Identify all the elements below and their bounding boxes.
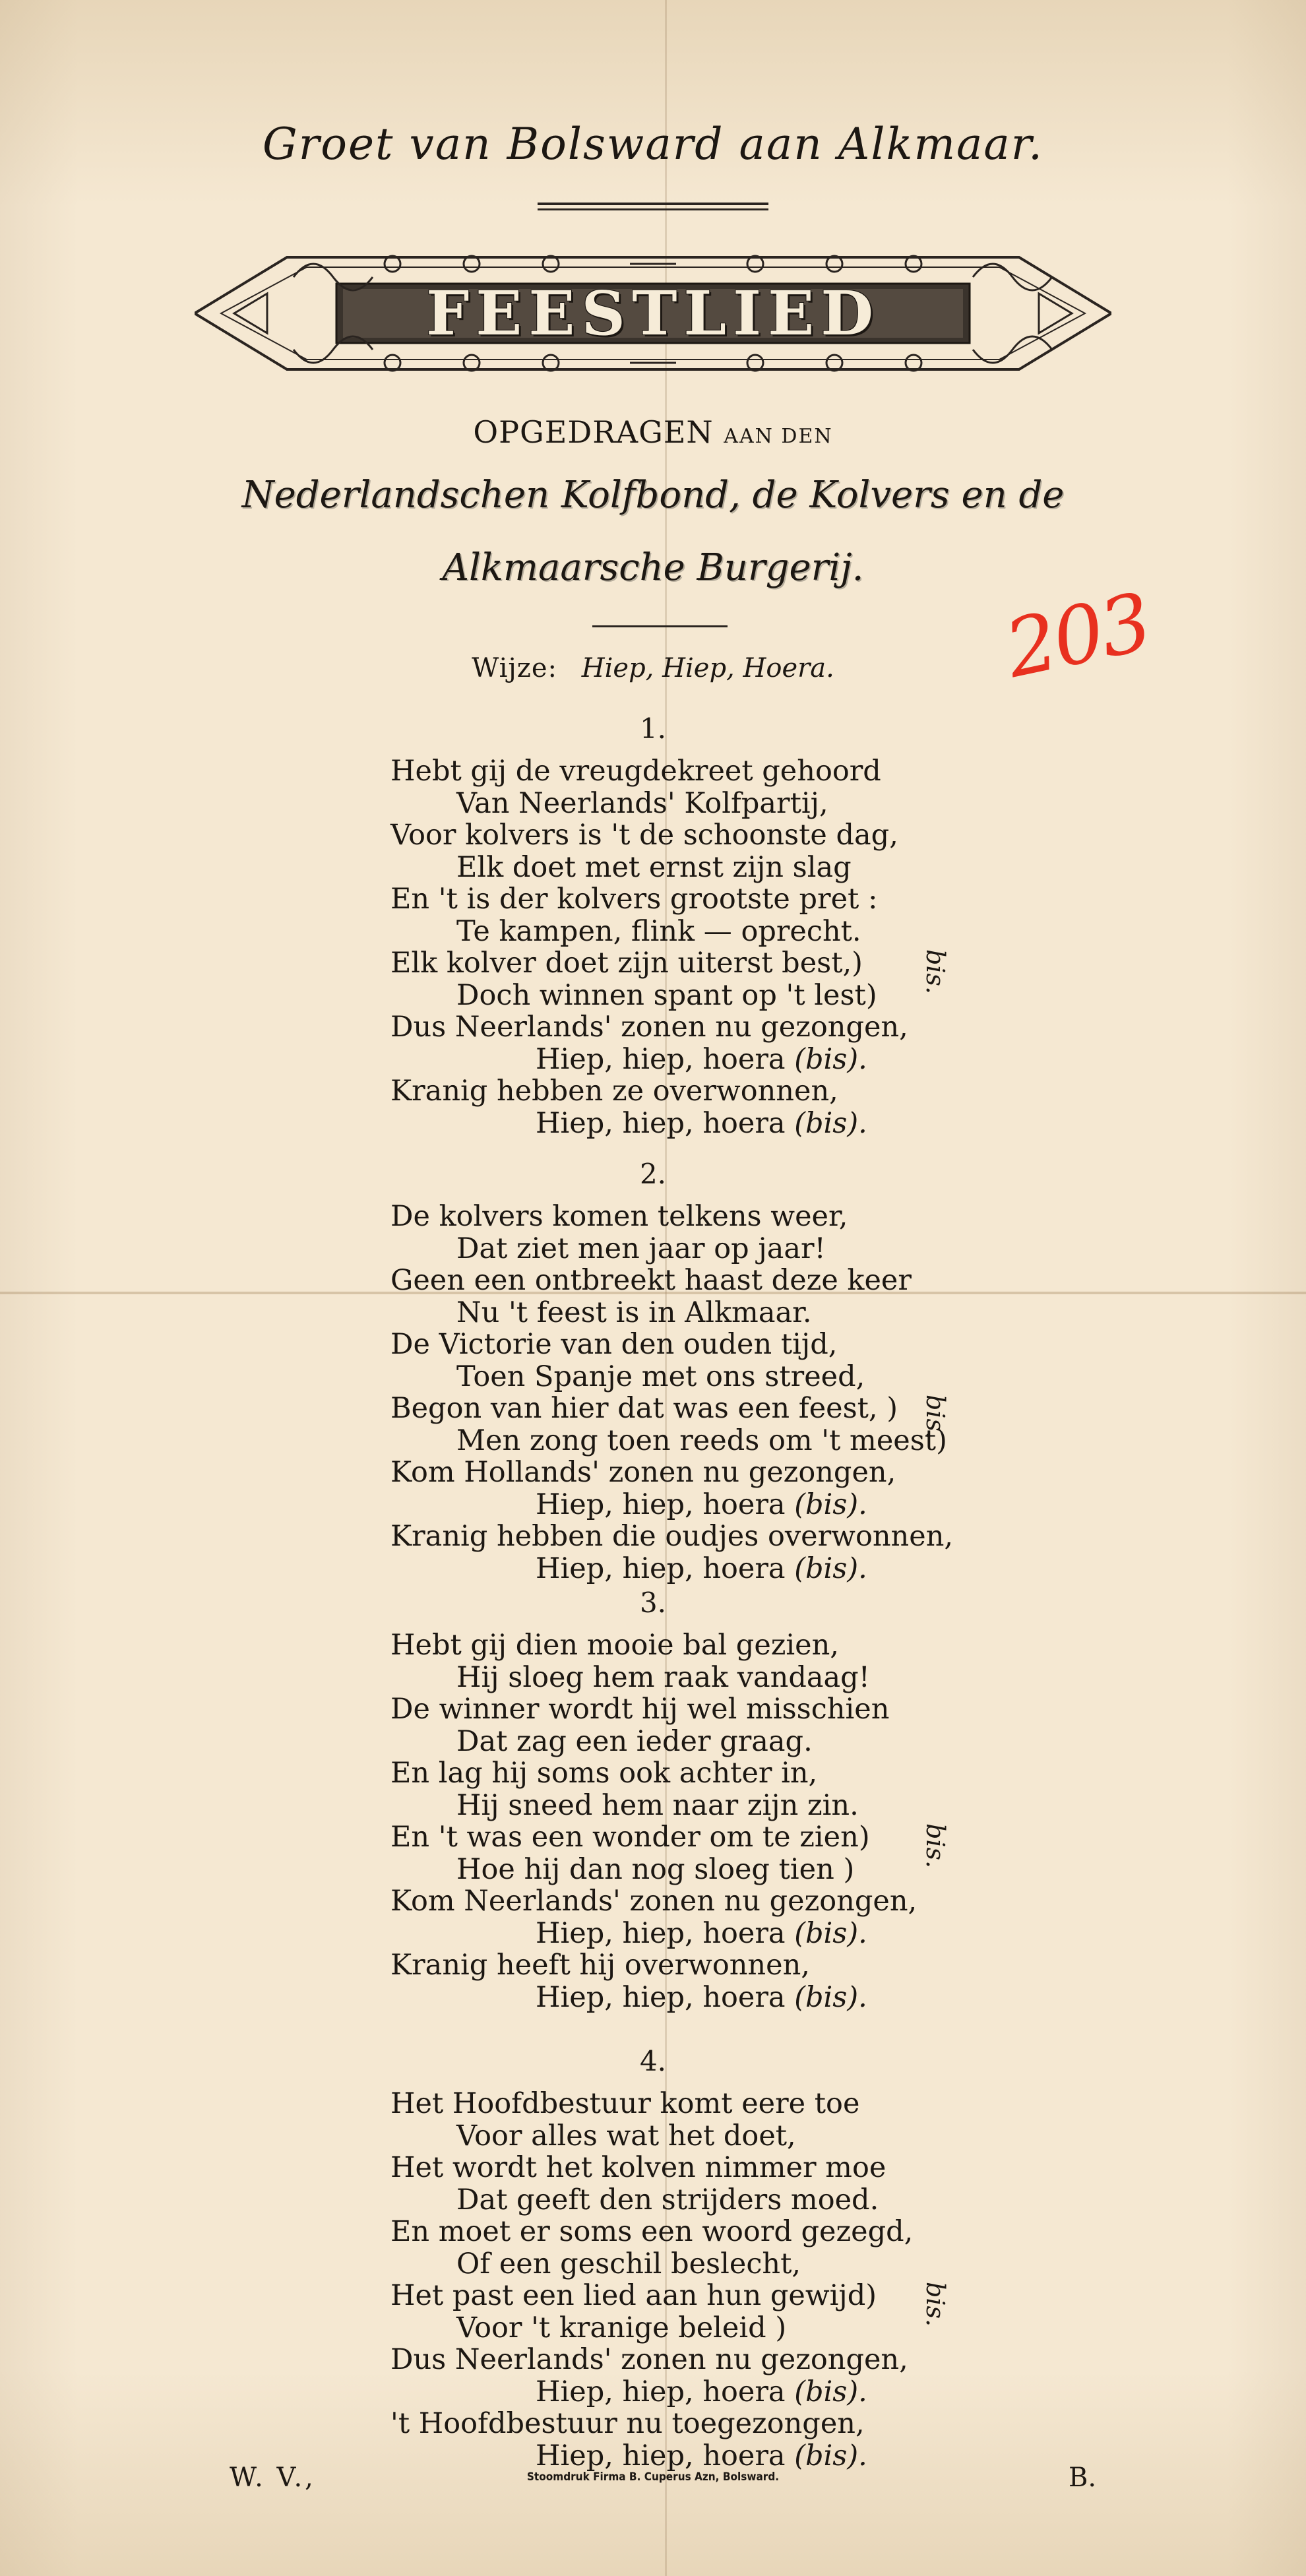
verse-line-text: De winner wordt hij wel misschien	[390, 1693, 889, 1726]
verse-line: En moet er soms een woord gezegd,	[390, 2218, 913, 2246]
verse-number: 4.	[0, 2045, 1306, 2077]
verse-line: Het Hoofdbestuur komt eere toe	[390, 2090, 859, 2118]
bis-vertical-marker: bis.	[921, 1395, 950, 1439]
verse-line: Hiep, hiep, hoera (bis).	[536, 1555, 867, 1583]
verse-line: Het wordt het kolven nimmer moe	[390, 2154, 886, 2182]
verse-line: Hoe hij dan nog sloeg tien )	[456, 1856, 854, 1884]
printer-imprint: Stoomdruk Firma B. Cuperus Azn, Bolsward…	[65, 2470, 1241, 2484]
verse-line-text: De Victorie van den ouden tijd,	[390, 1328, 837, 1361]
verse-line-text: Hij sneed hem naar zijn zin.	[456, 1789, 859, 1822]
verse-line-text: Geen een ontbreekt haast deze keer	[390, 1264, 912, 1297]
verse-line-text: Dat geeft den strijders moed.	[456, 2183, 879, 2216]
verse-number: 2.	[0, 1158, 1306, 1190]
double-rule-divider	[538, 203, 768, 210]
bis-vertical-marker: bis.	[921, 1823, 950, 1868]
bis-repeat-marker: (bis).	[786, 1552, 867, 1585]
verse-line-text: Van Neerlands' Kolfpartij,	[456, 787, 828, 820]
verse-line: Of een geschil beslecht,	[456, 2250, 801, 2278]
thin-rule-divider	[592, 625, 728, 627]
verse-line: Dat ziet men jaar op jaar!	[456, 1235, 826, 1263]
verse-line-text: Te kampen, flink — oprecht.	[456, 915, 861, 948]
verse-line: Hiep, hiep, hoera (bis).	[536, 1110, 867, 1138]
verse-line-text: En moet er soms een woord gezegd,	[390, 2215, 913, 2248]
dedication-heading: OPGEDRAGEN AAN DEN	[0, 414, 1306, 450]
verse-line-text: En 't is der kolvers grootste pret :	[390, 883, 878, 916]
subtitle: Groet van Bolsward aan Alkmaar.	[0, 119, 1306, 170]
verse-line-text: Dus Neerlands' zonen nu gezongen,	[390, 2343, 908, 2376]
verse-line-text: Dat ziet men jaar op jaar!	[456, 1232, 826, 1265]
verse-line: De kolvers komen telkens weer,	[390, 1203, 848, 1231]
verse-line: Men zong toen reeds om 't meest)	[456, 1427, 947, 1455]
verse-line-text: Het past een lied aan hun gewijd)	[390, 2279, 877, 2312]
dedication-line-1: Nederlandschen Kolfbond, de Kolvers en d…	[0, 474, 1306, 517]
verse-line-text: Het Hoofdbestuur komt eere toe	[390, 2087, 859, 2120]
verse-line: Doch winnen spant op 't lest)	[456, 982, 877, 1010]
verse-line: Geen een ontbreekt haast deze keer	[390, 1267, 912, 1295]
main-title: FEESTLIED	[195, 237, 1111, 389]
verse-line: 't Hoofdbestuur nu toegezongen,	[390, 2410, 865, 2438]
verse-line: Van Neerlands' Kolfpartij,	[456, 790, 828, 818]
verse-line: Hij sneed hem naar zijn zin.	[456, 1792, 859, 1820]
ornamental-title-banner: FEESTLIED	[195, 237, 1111, 389]
verse-line: Kranig hebben die oudjes overwonnen,	[390, 1523, 953, 1551]
verse-line: En 't was een wonder om te zien)	[390, 1823, 870, 1852]
verse-line: Kom Neerlands' zonen nu gezongen,	[390, 1887, 917, 1916]
bis-vertical-marker: bis.	[921, 949, 950, 994]
verse-line: De Victorie van den ouden tijd,	[390, 1331, 837, 1359]
bis-repeat-marker: (bis).	[786, 1488, 867, 1521]
verse-line: Hij sloeg hem raak vandaag!	[456, 1664, 870, 1692]
verse-line-text: Hiep, hiep, hoera	[536, 1981, 786, 2014]
verse-line-text: En 't was een wonder om te zien)	[390, 1821, 870, 1854]
verse-line: Het past een lied aan hun gewijd)	[390, 2282, 877, 2310]
verse-line: Te kampen, flink — oprecht.	[456, 918, 861, 946]
bis-repeat-marker: (bis).	[786, 2439, 867, 2472]
verse-line: Hiep, hiep, hoera (bis).	[536, 2378, 867, 2406]
verse-line: Dus Neerlands' zonen nu gezongen,	[390, 1013, 908, 1042]
verse-line-text: Hiep, hiep, hoera	[536, 1107, 786, 1140]
footer-initial-right: B.	[1069, 2463, 1096, 2493]
tune-label: Wijze:	[472, 653, 557, 683]
verse-line-text: Elk kolver doet zijn uiterst best,)	[390, 947, 863, 980]
verse-line-text: Dus Neerlands' zonen nu gezongen,	[390, 1011, 908, 1044]
verse-line: Nu 't feest is in Alkmaar.	[456, 1299, 812, 1327]
verse-line-text: Voor kolvers is 't de schoonste dag,	[390, 819, 898, 852]
verse-line: Dus Neerlands' zonen nu gezongen,	[390, 2346, 908, 2374]
dedication-small: AAN DEN	[724, 425, 832, 448]
verse-line-text: Elk doet met ernst zijn slag	[456, 851, 852, 884]
verse-line-text: Hiep, hiep, hoera	[536, 1917, 786, 1950]
verse-line: Dat geeft den strijders moed.	[456, 2186, 879, 2215]
verse-line: Begon van hier dat was een feest, )	[390, 1395, 898, 1423]
verse-line: Kom Hollands' zonen nu gezongen,	[390, 1459, 896, 1487]
bis-repeat-marker: (bis).	[786, 1043, 867, 1076]
verse-line: Hiep, hiep, hoera (bis).	[536, 1046, 867, 1074]
verse-line: En 't is der kolvers grootste pret :	[390, 885, 878, 914]
verse-line-text: Kranig hebben ze overwonnen,	[390, 1075, 838, 1108]
verse-line-text: Hiep, hiep, hoera	[536, 2439, 786, 2472]
verse-line: De winner wordt hij wel misschien	[390, 1695, 889, 1724]
verse-line: Hiep, hiep, hoera (bis).	[536, 1920, 867, 1948]
verse-line-text: Toen Spanje met ons streed,	[456, 1360, 865, 1393]
verse-line-text: Nu 't feest is in Alkmaar.	[456, 1296, 812, 1329]
verse-line-text: Kranig hebben die oudjes overwonnen,	[390, 1520, 953, 1553]
verse-line: Toen Spanje met ons streed,	[456, 1363, 865, 1391]
dedication-main: OPGEDRAGEN	[473, 414, 713, 450]
verse-line-text: Kranig heeft hij overwonnen,	[390, 1949, 810, 1982]
verse-line: Voor alles wat het doet,	[456, 2122, 796, 2151]
verse-line-text: Hij sloeg hem raak vandaag!	[456, 1661, 870, 1694]
verse-line: Kranig hebben ze overwonnen,	[390, 1077, 838, 1106]
verse-line-text: Voor alles wat het doet,	[456, 2120, 796, 2152]
verse-line-text: Het wordt het kolven nimmer moe	[390, 2151, 886, 2184]
verse-line-text: Of een geschil beslecht,	[456, 2247, 801, 2280]
verse-line: Voor 't kranige beleid )	[456, 2314, 786, 2342]
verse-line: Voor kolvers is 't de schoonste dag,	[390, 821, 898, 850]
bis-repeat-marker: (bis).	[786, 2375, 867, 2408]
verse-line-text: Hoe hij dan nog sloeg tien )	[456, 1853, 854, 1886]
bis-repeat-marker: (bis).	[786, 1917, 867, 1950]
verse-line: Dat zag een ieder graag.	[456, 1728, 813, 1756]
bis-repeat-marker: (bis).	[786, 1981, 867, 2014]
verse-line: Elk doet met ernst zijn slag	[456, 854, 852, 882]
verse-line: Hebt gij dien mooie bal gezien,	[390, 1631, 839, 1660]
verse-line-text: Hebt gij de vreugdekreet gehoord	[390, 755, 881, 788]
verse-line-text: Hiep, hiep, hoera	[536, 1043, 786, 1076]
bis-vertical-marker: bis.	[921, 2282, 950, 2327]
verse-line: En lag hij soms ook achter in,	[390, 1759, 817, 1788]
bis-repeat-marker: (bis).	[786, 1107, 867, 1140]
verse-line-text: Hiep, hiep, hoera	[536, 1488, 786, 1521]
verse-line: Hiep, hiep, hoera (bis).	[536, 2442, 867, 2470]
verse-line: Hiep, hiep, hoera (bis).	[536, 1984, 867, 2012]
verse-line: Kranig heeft hij overwonnen,	[390, 1951, 810, 1980]
verse-line-text: 't Hoofdbestuur nu toegezongen,	[390, 2407, 865, 2440]
verse-line-text: Voor 't kranige beleid )	[456, 2311, 786, 2344]
verse-line: Elk kolver doet zijn uiterst best,)	[390, 949, 863, 978]
verse-line-text: Hiep, hiep, hoera	[536, 2375, 786, 2408]
verse-line-text: Doch winnen spant op 't lest)	[456, 979, 877, 1012]
verse-number: 1.	[0, 712, 1306, 745]
verse-line: Hiep, hiep, hoera (bis).	[536, 1491, 867, 1519]
verse-line-text: Kom Hollands' zonen nu gezongen,	[390, 1456, 896, 1489]
tune-value: Hiep, Hiep, Hoera.	[582, 653, 834, 683]
verse-line-text: En lag hij soms ook achter in,	[390, 1757, 817, 1790]
verse-line-text: De kolvers komen telkens weer,	[390, 1200, 848, 1233]
verse-line-text: Kom Neerlands' zonen nu gezongen,	[390, 1885, 917, 1918]
verse-line-text: Begon van hier dat was een feest, )	[390, 1392, 898, 1425]
verse-line: Hebt gij de vreugdekreet gehoord	[390, 757, 881, 786]
verse-line-text: Men zong toen reeds om 't meest)	[456, 1424, 947, 1457]
verse-line-text: Dat zag een ieder graag.	[456, 1725, 813, 1758]
verse-line-text: Hiep, hiep, hoera	[536, 1552, 786, 1585]
verse-line-text: Hebt gij dien mooie bal gezien,	[390, 1629, 839, 1662]
verse-number: 3.	[0, 1586, 1306, 1619]
